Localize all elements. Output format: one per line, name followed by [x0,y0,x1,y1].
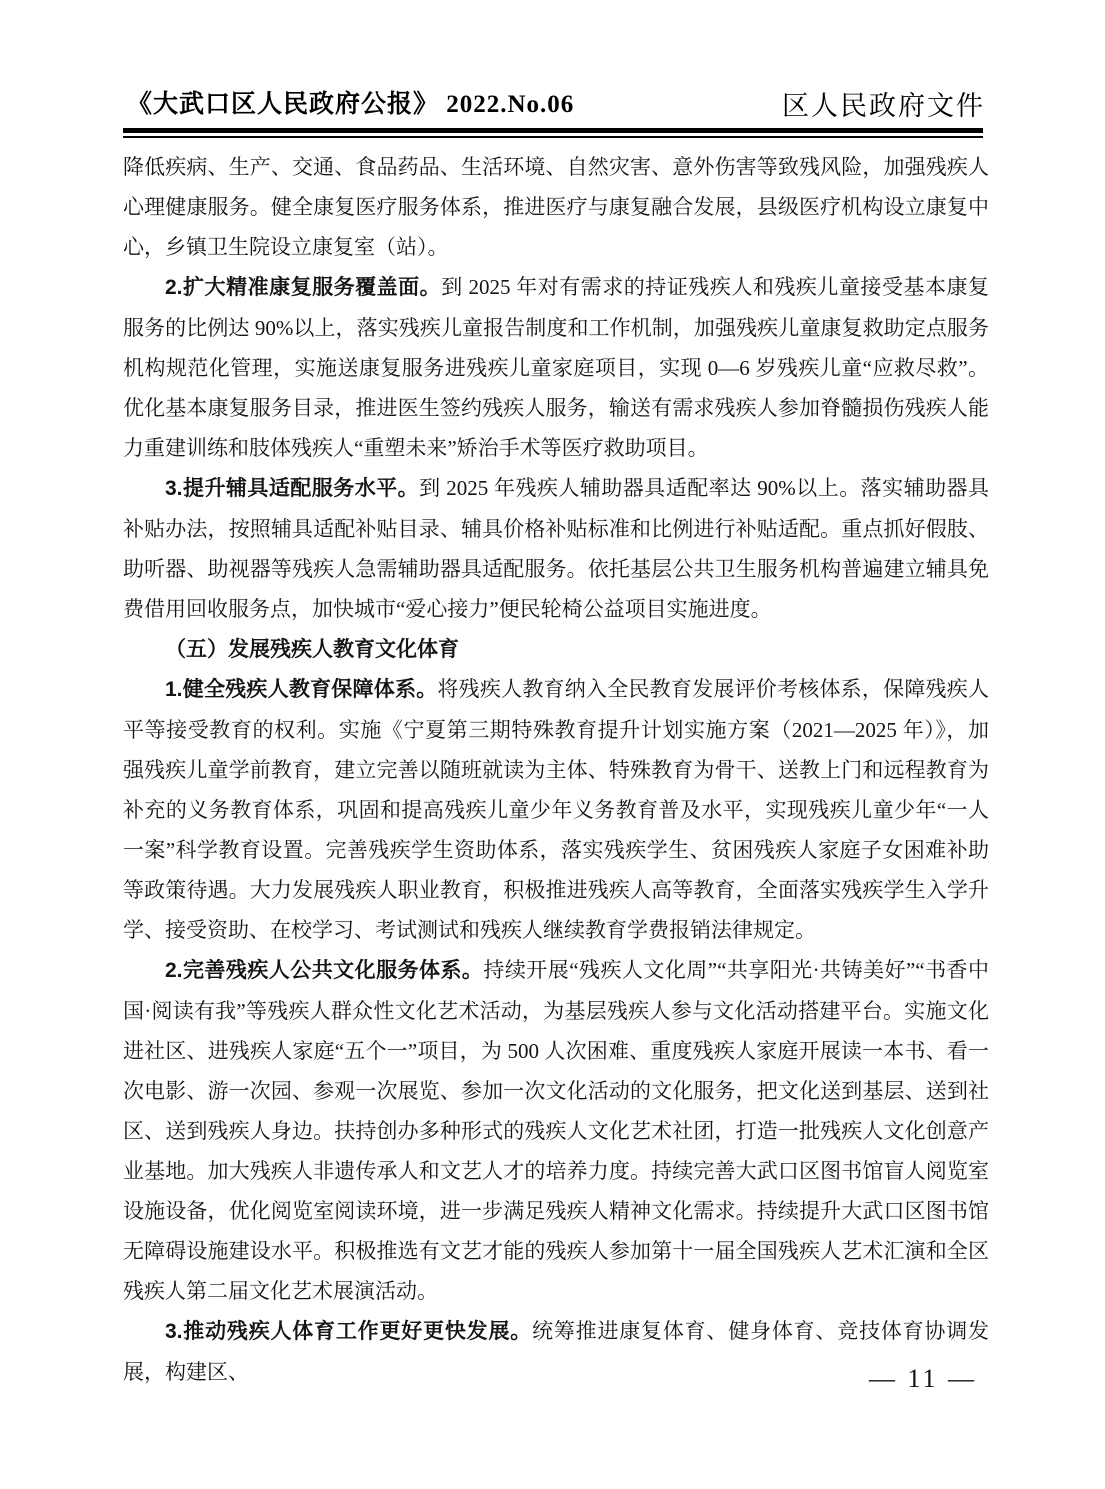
paragraph-lead: 2.扩大精准康复服务覆盖面。 [165,276,441,299]
body-paragraph: 3.提升辅具适配服务水平。到 2025 年残疾人辅助器具适配率达 90%以上。落… [123,468,989,629]
paragraph-lead: 2.完善残疾人公共文化服务体系。 [165,959,483,982]
paragraph-lead: 3.提升辅具适配服务水平。 [165,477,419,500]
page-number: — 11 — [869,1364,977,1394]
body-paragraph: 2.扩大精准康复服务覆盖面。到 2025 年对有需求的持证残疾人和残疾儿童接受基… [123,267,989,468]
rule-thin-line [123,136,983,138]
body-paragraph: 1.健全残疾人教育保障体系。将残疾人教育纳入全民教育发展评价考核体系，保障残疾人… [123,669,989,950]
header-double-rule [123,128,983,138]
document-category-label: 区人民政府文件 [782,91,985,121]
paragraph-lead: 3.推动残疾人体育工作更好更快发展。 [165,1320,532,1343]
section-heading: （五）发展残疾人教育文化体育 [123,629,989,669]
gazette-page: 《大武口区人民政府公报》 2022.No.06 区人民政府文件 降低疾病、生产、… [0,0,1105,1489]
body-paragraph: 2.完善残疾人公共文化服务体系。持续开展“残疾人文化周”“共享阳光·共铸美好”“… [123,950,989,1311]
document-body: 降低疾病、生产、交通、食品药品、生活环境、自然灾害、意外伤害等致残风险，加强残疾… [123,147,989,1392]
body-paragraph: 降低疾病、生产、交通、食品药品、生活环境、自然灾害、意外伤害等致残风险，加强残疾… [123,147,989,267]
paragraph-lead: 1.健全残疾人教育保障体系。 [165,678,437,701]
gazette-title: 《大武口区人民政府公报》 2022.No.06 [127,90,574,120]
body-paragraph: 3.推动残疾人体育工作更好更快发展。统筹推进康复体育、健身体育、竞技体育协调发展… [123,1311,989,1392]
